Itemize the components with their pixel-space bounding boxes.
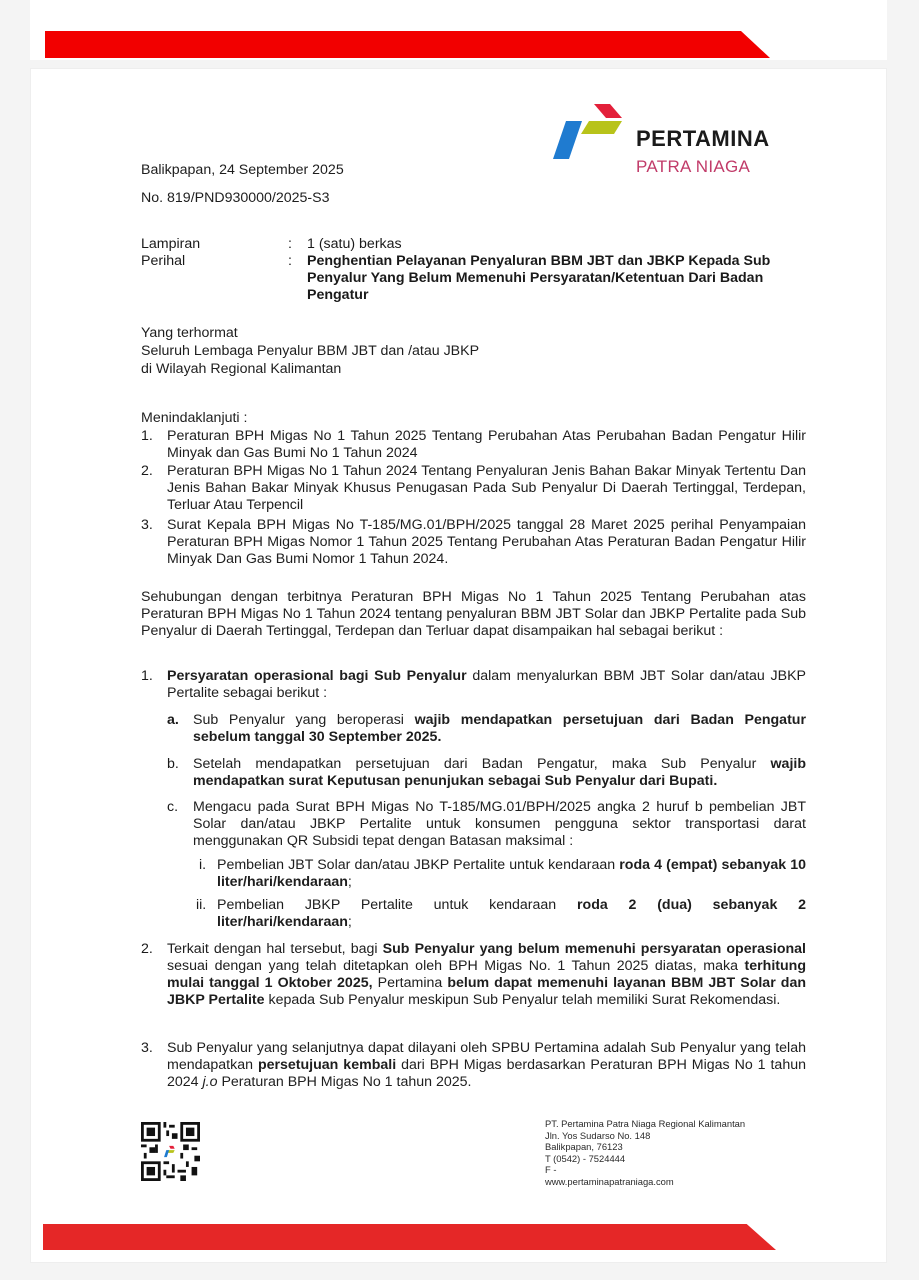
roman-item: Pembelian JBKP Pertalite untuk kendaraan… [217, 897, 806, 931]
footer-fax: F - [545, 1164, 745, 1176]
point-1-lead: Persyaratan operasional bagi Sub Penyalu… [167, 668, 467, 684]
roman-item-plain: Pembelian JBKP Pertalite untuk kendaraan [217, 897, 577, 913]
references-intro: Menindaklanjuti : [141, 410, 247, 427]
pertamina-logo-icon [552, 102, 627, 162]
body-paragraph: Sehubungan dengan terbitnya Peraturan BP… [141, 589, 806, 640]
subject-label: Perihal [141, 253, 185, 270]
letter-number: No. 819/PND930000/2025-S3 [141, 190, 330, 207]
reference-number: 1. [141, 428, 153, 445]
text-segment: Peraturan BPH Migas No 1 tahun 2025. [218, 1074, 472, 1090]
roman-number: i. [199, 857, 206, 874]
bold-segment: Sub Penyalur yang belum memenuhi persyar… [383, 941, 806, 957]
reference-item: Peraturan BPH Migas No 1 Tahun 2025 Tent… [167, 428, 806, 462]
text-segment: j.o [203, 1074, 218, 1090]
brand-subname: PATRA NIAGA [636, 157, 750, 177]
sub-item-c: Mengacu pada Surat BPH Migas No T-185/MG… [193, 799, 806, 850]
text-segment: sesuai dengan yang telah ditetapkan oleh… [167, 958, 745, 974]
sub-letter: b. [167, 756, 179, 773]
point-number: 2. [141, 941, 153, 958]
meta-block: Lampiran : 1 (satu) berkas Perihal : Pen… [141, 236, 821, 316]
point-1: Persyaratan operasional bagi Sub Penyalu… [167, 668, 806, 702]
roman-item-end: ; [348, 874, 352, 890]
point-3: Sub Penyalur yang selanjutnya dapat dila… [167, 1040, 806, 1091]
attachment-colon: : [288, 236, 292, 253]
recipient-line-2: di Wilayah Regional Kalimantan [141, 361, 341, 378]
footer-company: PT. Pertamina Patra Niaga Regional Kalim… [545, 1118, 745, 1130]
reference-item: Surat Kepala BPH Migas No T-185/MG.01/BP… [167, 517, 806, 568]
sub-letter: c. [167, 799, 178, 816]
sub-letter: a. [167, 712, 179, 729]
attachment-value: 1 (satu) berkas [307, 236, 787, 253]
text-segment: kepada Sub Penyalur meskipun Sub Penyalu… [265, 992, 781, 1008]
footer-city: Balikpapan, 76123 [545, 1141, 745, 1153]
point-number: 1. [141, 668, 153, 685]
qr-code-icon [141, 1122, 200, 1181]
attachment-label: Lampiran [141, 236, 200, 253]
roman-number: ii. [196, 897, 206, 914]
sub-item-a-plain: Sub Penyalur yang beroperasi [193, 712, 415, 728]
reference-number: 3. [141, 517, 153, 534]
point-2: Terkait dengan hal tersebut, bagi Sub Pe… [167, 941, 806, 1009]
subject-colon: : [288, 253, 292, 270]
bold-segment: persetujuan kembali [258, 1057, 396, 1073]
roman-item-end: ; [348, 914, 352, 930]
sub-item-b: Setelah mendapatkan persetujuan dari Bad… [193, 756, 806, 790]
roman-item: Pembelian JBT Solar dan/atau JBKP Pertal… [217, 857, 806, 891]
footer-street: Jln. Yos Sudarso No. 148 [545, 1130, 745, 1142]
recipient-line-1: Seluruh Lembaga Penyalur BBM JBT dan /at… [141, 343, 479, 360]
reference-item: Peraturan BPH Migas No 1 Tahun 2024 Tent… [167, 463, 806, 514]
roman-item-plain: Pembelian JBT Solar dan/atau JBKP Pertal… [217, 857, 619, 873]
subject-value: Penghentian Pelayanan Penyaluran BBM JBT… [307, 253, 787, 304]
text-segment: Terkait dengan hal tersebut, bagi [167, 941, 383, 957]
place-date: Balikpapan, 24 September 2025 [141, 162, 344, 179]
footer-phone: T (0542) - 7524444 [545, 1153, 745, 1165]
salutation: Yang terhormat [141, 325, 238, 342]
pertamina-logo: PERTAMINA PATRA NIAGA [552, 102, 792, 182]
top-red-bar [45, 31, 770, 58]
reference-number: 2. [141, 463, 153, 480]
brand-name: PERTAMINA [636, 126, 770, 152]
footer-website[interactable]: www.pertaminapatraniaga.com [545, 1176, 745, 1188]
sub-item-a: Sub Penyalur yang beroperasi wajib menda… [193, 712, 806, 746]
text-segment: Pertamina [373, 975, 448, 991]
footer-address: PT. Pertamina Patra Niaga Regional Kalim… [545, 1118, 745, 1188]
point-number: 3. [141, 1040, 153, 1057]
bottom-red-bar [43, 1224, 776, 1250]
sub-item-b-plain: Setelah mendapatkan persetujuan dari Bad… [193, 756, 771, 772]
